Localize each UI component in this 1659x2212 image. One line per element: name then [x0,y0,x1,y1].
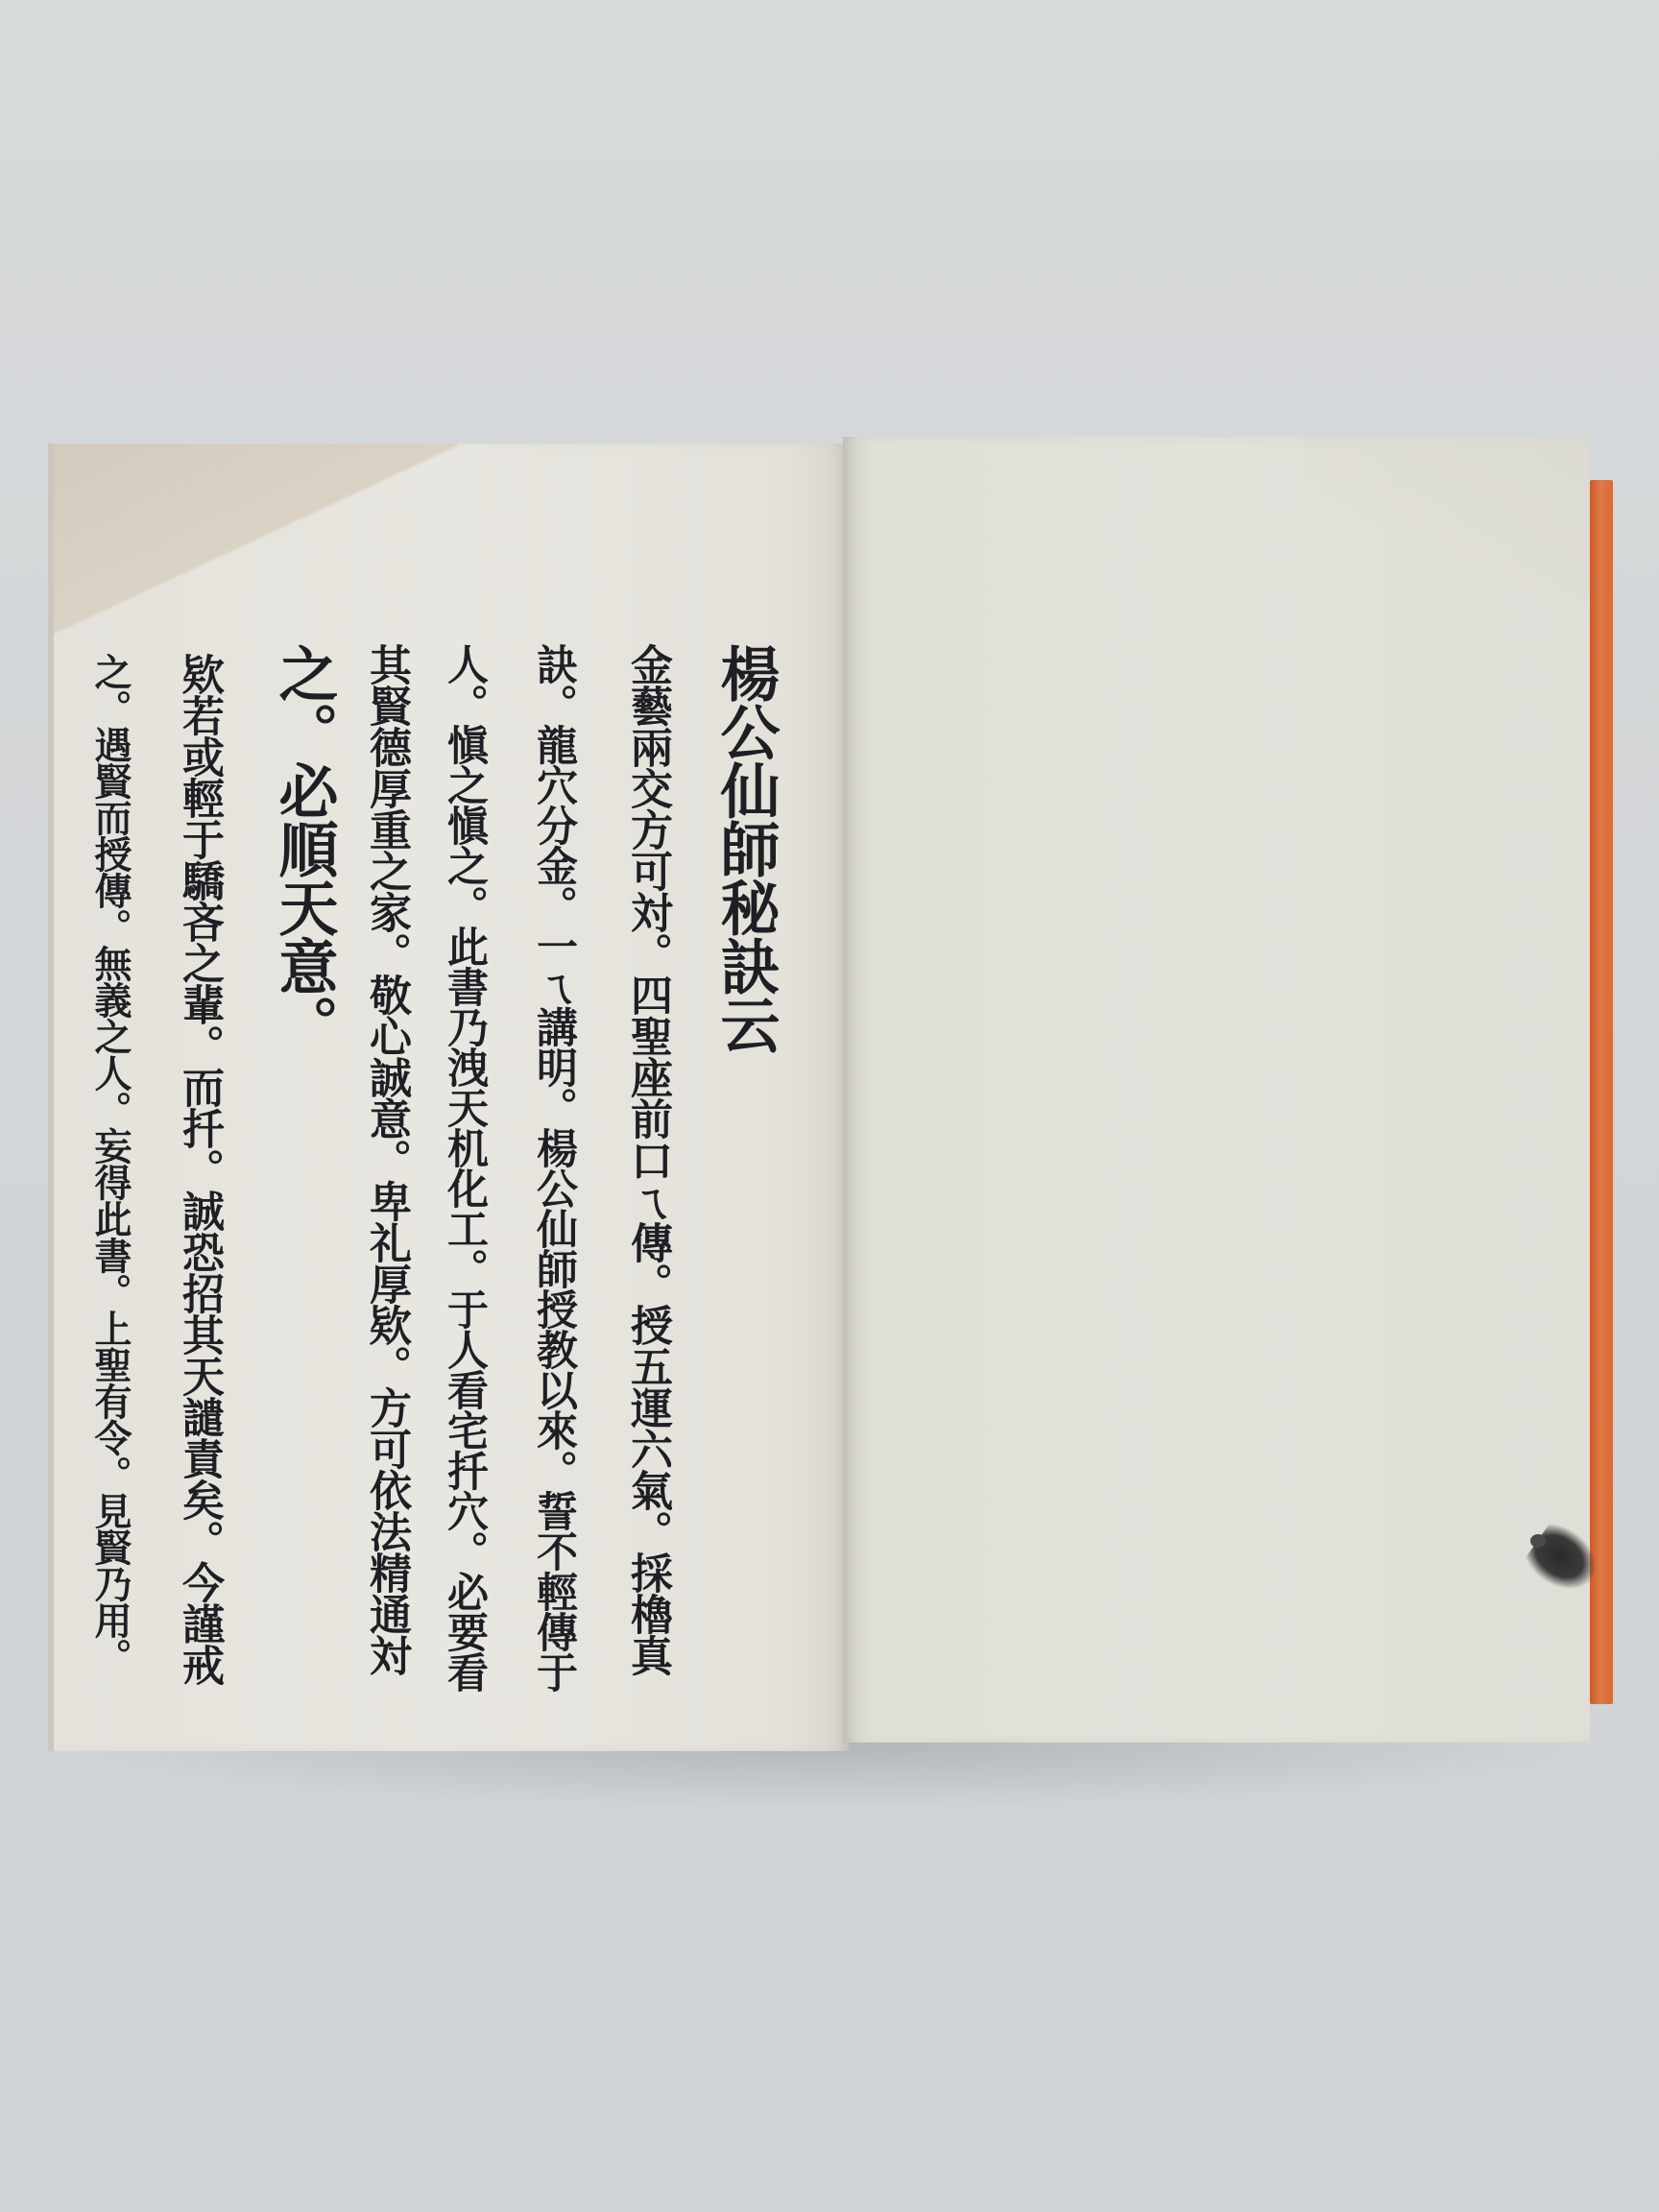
text-column-3: 訣。龍穴分金。一ㄟ講明。楊公仙師授教以來。誓不輕傳于 [533,643,574,1692]
text-column-2: 金藝兩交方可対。四聖座前口ㄟ傳。授五運六氣。採櫓真 [626,643,668,1675]
text-column-4: 人。愼之愼之。此書乃洩天机化工。于人看宅扦穴。必要看 [444,643,485,1692]
manuscript-text: 楊公仙師秘訣云 金藝兩交方可対。四聖座前口ㄟ傳。授五運六氣。採櫓真 訣。龍穴分金… [0,0,1659,2212]
text-column-7: 欵若或輕于驕吝之輩。而扦。誠恐招其天譴責矣。今謹戒 [178,653,220,1685]
text-column-1-title: 楊公仙師秘訣云 [715,643,775,1053]
text-column-8: 之。遇賢而授傳。無義之人。妄得此書。上聖有令。見賢乃用。 [91,653,129,1674]
text-column-6: 之。必順天意。 [274,643,333,1053]
text-column-5: 其賢德厚重之家。敬心誠意。卑礼厚欵。方可依法精通対 [365,643,407,1675]
